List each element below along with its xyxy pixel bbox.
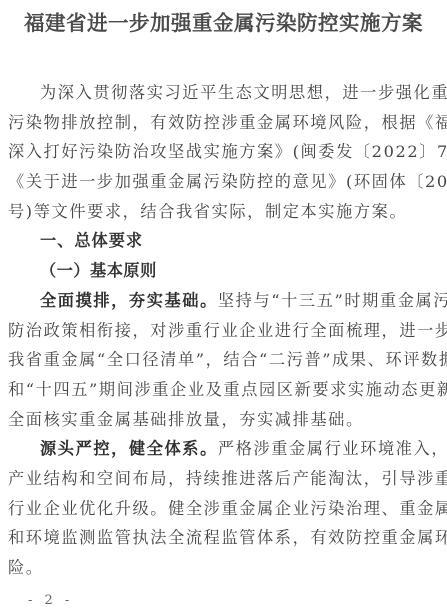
intro-line: 深入打好污染防治攻坚战实施方案》(闽委发〔2022〕7号)和	[8, 137, 436, 167]
document-title: 福建省进一步加强重金属污染防控实施方案	[0, 10, 447, 36]
section-heading: 一、总体要求	[8, 226, 436, 256]
intro-line: 号)等文件要求，结合我省实际，制定本实施方案。	[8, 197, 436, 227]
principle-1-line: 防治政策相衔接，对涉重行业企业进行全面梳理，进一步完善	[8, 316, 436, 346]
principle-2-line: 险。	[8, 553, 436, 583]
principle-1-line: 和“十四五”期间涉重企业及重点园区新要求实施动态更新，	[8, 375, 436, 405]
document-body: 为深入贯彻落实习近平生态文明思想，进一步强化重金属 污染物排放控制，有效防控涉重…	[8, 78, 436, 583]
principle-2-line: 和环境监测监管执法全流程监管体系，有效防控重金属环境风	[8, 523, 436, 553]
principle-2-lead: 源头严控，健全体系。	[40, 439, 218, 458]
principle-2-line: 产业结构和空间布局，持续推进落后产能淘汰，引导涉重金属	[8, 464, 436, 494]
principle-1-line: 我省重金属“全口径清单”，结合“二污普”成果、环评数据库	[8, 345, 436, 375]
subsection-heading: （一）基本原则	[8, 256, 436, 286]
principle-2-text: 严格涉重金属行业环境准入，优化	[218, 439, 447, 458]
intro-line: 《关于进一步加强重金属污染防控的意见》(环固体〔2022〕17	[8, 167, 436, 197]
principle-2-first-line: 源头严控，健全体系。严格涉重金属行业环境准入，优化	[8, 434, 436, 464]
principle-1-first-line: 全面摸排，夯实基础。坚持与“十三五”时期重金属污染	[8, 286, 436, 316]
intro-line: 污染物排放控制，有效防控涉重金属环境风险，根据《福建省	[8, 108, 436, 138]
principle-2-line: 行业企业优化升级。健全涉重金属企业污染治理、重金属减排	[8, 494, 436, 524]
principle-1-text: 坚持与“十三五”时期重金属污染	[218, 291, 447, 310]
document-page: 福建省进一步加强重金属污染防控实施方案 为深入贯彻落实习近平生态文明思想，进一步…	[0, 0, 447, 614]
principle-1-line: 全面核实重金属基础排放量，夯实减排基础。	[8, 405, 436, 435]
page-number: - 2 -	[28, 593, 73, 608]
intro-line: 为深入贯彻落实习近平生态文明思想，进一步强化重金属	[8, 78, 436, 108]
principle-1-lead: 全面摸排，夯实基础。	[40, 291, 218, 310]
